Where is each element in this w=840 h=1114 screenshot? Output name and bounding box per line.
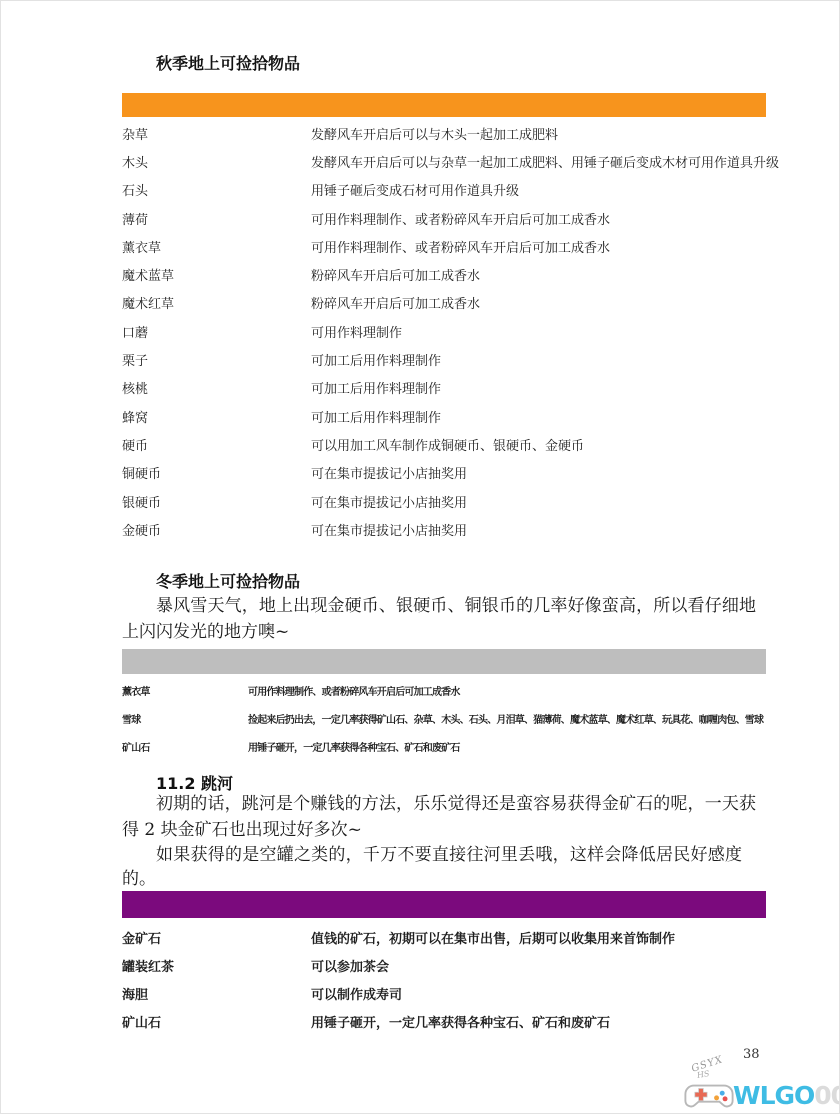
table-row: 口蘑 可用作料理制作 bbox=[122, 317, 766, 345]
item-desc: 可在集市提拔记小店抽奖用 bbox=[311, 492, 467, 511]
document-page: 秋季地上可捡拾物品 杂草 发酵风车开启后可以与木头一起加工成肥料 木头 发酵风车… bbox=[0, 0, 840, 1114]
table-row: 罐装红茶 可以参加茶会 bbox=[122, 951, 766, 979]
table-row: 核桃 可加工后用作料理制作 bbox=[122, 374, 766, 402]
winter-section-title: 冬季地上可捡拾物品 bbox=[156, 569, 300, 592]
table-row: 木头 发酵风车开启后可以与杂草一起加工成肥料、用锤子砸后变成木材可用作道具升级 bbox=[122, 147, 766, 175]
item-desc: 捡起来后扔出去，一定几率获得矿山石、杂草、木头、石头、月泪草、猫薄荷、魔术蓝草、… bbox=[248, 711, 763, 726]
item-desc: 粉碎风车开启后可加工成香水 bbox=[311, 265, 480, 284]
table-row: 杂草 发酵风车开启后可以与木头一起加工成肥料 bbox=[122, 119, 766, 147]
item-desc: 可用作料理制作 bbox=[311, 322, 402, 341]
item-desc: 可在集市提拔记小店抽奖用 bbox=[311, 463, 467, 482]
item-name: 杂草 bbox=[122, 124, 311, 143]
item-desc: 粉碎风车开启后可加工成香水 bbox=[311, 293, 480, 312]
watermark-brand-text: WLGO00.COM bbox=[733, 1081, 840, 1110]
item-desc: 发酵风车开启后可以与杂草一起加工成肥料、用锤子砸后变成木材可用作道具升级 bbox=[311, 152, 779, 171]
item-name: 蜂窝 bbox=[122, 407, 311, 426]
river-table-header-bar bbox=[122, 891, 766, 918]
table-row: 金矿石 值钱的矿石，初期可以在集市出售，后期可以收集用来首饰制作 bbox=[122, 923, 766, 951]
river-paragraph-2: 如果获得的是空罐之类的，千万不要直接往河里丢哦，这样会降低居民好感度的。 bbox=[122, 843, 742, 891]
autumn-table-header-bar bbox=[122, 93, 766, 117]
watermark-brand-primary: WLGO bbox=[733, 1081, 814, 1110]
item-desc: 发酵风车开启后可以与木头一起加工成肥料 bbox=[311, 124, 558, 143]
item-name: 海胆 bbox=[122, 984, 311, 1003]
item-name: 罐装红茶 bbox=[122, 956, 311, 975]
table-row: 栗子 可加工后用作料理制作 bbox=[122, 345, 766, 373]
item-desc: 可用作料理制作、或者粉碎风车开启后可加工成香水 bbox=[248, 683, 460, 698]
item-name: 核桃 bbox=[122, 378, 311, 397]
table-row: 矿山石 用锤子砸开，一定几率获得各种宝石、矿石和废矿石 bbox=[122, 1007, 766, 1035]
item-name: 魔术蓝草 bbox=[122, 265, 311, 284]
site-watermark: GSYX HS WLGO00.COM bbox=[683, 1057, 839, 1113]
item-desc: 可加工后用作料理制作 bbox=[311, 407, 441, 426]
item-name: 魔术红草 bbox=[122, 293, 311, 312]
table-row: 石头 用锤子砸后变成石材可用作道具升级 bbox=[122, 176, 766, 204]
item-name: 石头 bbox=[122, 180, 311, 199]
table-row: 薰衣草 可用作料理制作、或者粉碎风车开启后可加工成香水 bbox=[122, 232, 766, 260]
table-row: 金硬币 可在集市提拔记小店抽奖用 bbox=[122, 515, 766, 543]
item-name: 雪球 bbox=[122, 711, 248, 726]
item-desc: 可用作料理制作、或者粉碎风车开启后可加工成香水 bbox=[311, 237, 610, 256]
table-row: 海胆 可以制作成寿司 bbox=[122, 979, 766, 1007]
table-row: 银硬币 可在集市提拔记小店抽奖用 bbox=[122, 487, 766, 515]
item-desc: 可以用加工风车制作成铜硬币、银硬币、金硬币 bbox=[311, 435, 584, 454]
item-desc: 可加工后用作料理制作 bbox=[311, 378, 441, 397]
item-desc: 可以制作成寿司 bbox=[311, 984, 402, 1003]
item-desc: 用锤子砸后变成石材可用作道具升级 bbox=[311, 180, 519, 199]
item-name: 金硬币 bbox=[122, 520, 311, 539]
item-name: 栗子 bbox=[122, 350, 311, 369]
autumn-items-table: 杂草 发酵风车开启后可以与木头一起加工成肥料 木头 发酵风车开启后可以与杂草一起… bbox=[122, 119, 766, 543]
item-name: 薰衣草 bbox=[122, 683, 248, 698]
table-row: 薄荷 可用作料理制作、或者粉碎风车开启后可加工成香水 bbox=[122, 204, 766, 232]
table-row: 薰衣草 可用作料理制作、或者粉碎风车开启后可加工成香水 bbox=[122, 676, 766, 704]
item-name: 薰衣草 bbox=[122, 237, 311, 256]
item-desc: 可以参加茶会 bbox=[311, 956, 389, 975]
table-row: 硬币 可以用加工风车制作成铜硬币、银硬币、金硬币 bbox=[122, 430, 766, 458]
table-row: 矿山石 用锤子砸开，一定几率获得各种宝石、矿石和废矿石 bbox=[122, 732, 766, 760]
item-desc: 可加工后用作料理制作 bbox=[311, 350, 441, 369]
table-row: 蜂窝 可加工后用作料理制作 bbox=[122, 402, 766, 430]
item-name: 口蘑 bbox=[122, 322, 311, 341]
autumn-section-title: 秋季地上可捡拾物品 bbox=[156, 51, 300, 74]
river-paragraph-1: 初期的话，跳河是个赚钱的方法，乐乐觉得还是蛮容易获得金矿石的呢，一天获得 2 块… bbox=[122, 791, 756, 843]
table-row: 魔术蓝草 粉碎风车开启后可加工成香水 bbox=[122, 260, 766, 288]
item-desc: 值钱的矿石，初期可以在集市出售，后期可以收集用来首饰制作 bbox=[311, 928, 675, 947]
item-name: 银硬币 bbox=[122, 492, 311, 511]
item-name: 木头 bbox=[122, 152, 311, 171]
item-name: 矿山石 bbox=[122, 1012, 311, 1031]
winter-items-table: 薰衣草 可用作料理制作、或者粉碎风车开启后可加工成香水 雪球 捡起来后扔出去，一… bbox=[122, 676, 766, 760]
item-name: 硬币 bbox=[122, 435, 311, 454]
item-name: 薄荷 bbox=[122, 209, 311, 228]
table-row: 铜硬币 可在集市提拔记小店抽奖用 bbox=[122, 459, 766, 487]
river-items-table: 金矿石 值钱的矿石，初期可以在集市出售，后期可以收集用来首饰制作 罐装红茶 可以… bbox=[122, 923, 766, 1035]
game-controller-icon bbox=[683, 1079, 735, 1113]
watermark-brand-secondary: 00.COM bbox=[814, 1081, 840, 1110]
item-name: 矿山石 bbox=[122, 739, 248, 754]
item-desc: 可用作料理制作、或者粉碎风车开启后可加工成香水 bbox=[311, 209, 610, 228]
table-row: 雪球 捡起来后扔出去，一定几率获得矿山石、杂草、木头、石头、月泪草、猫薄荷、魔术… bbox=[122, 704, 766, 732]
item-desc: 可在集市提拔记小店抽奖用 bbox=[311, 520, 467, 539]
item-name: 金矿石 bbox=[122, 928, 311, 947]
winter-intro-paragraph: 暴风雪天气，地上出现金硬币、银硬币、铜银币的几率好像蛮高，所以看仔细地上闪闪发光… bbox=[122, 593, 756, 645]
item-desc: 用锤子砸开，一定几率获得各种宝石、矿石和废矿石 bbox=[311, 1012, 610, 1031]
item-desc: 用锤子砸开，一定几率获得各种宝石、矿石和废矿石 bbox=[248, 739, 460, 754]
table-row: 魔术红草 粉碎风车开启后可加工成香水 bbox=[122, 289, 766, 317]
winter-table-header-bar bbox=[122, 649, 766, 674]
item-name: 铜硬币 bbox=[122, 463, 311, 482]
